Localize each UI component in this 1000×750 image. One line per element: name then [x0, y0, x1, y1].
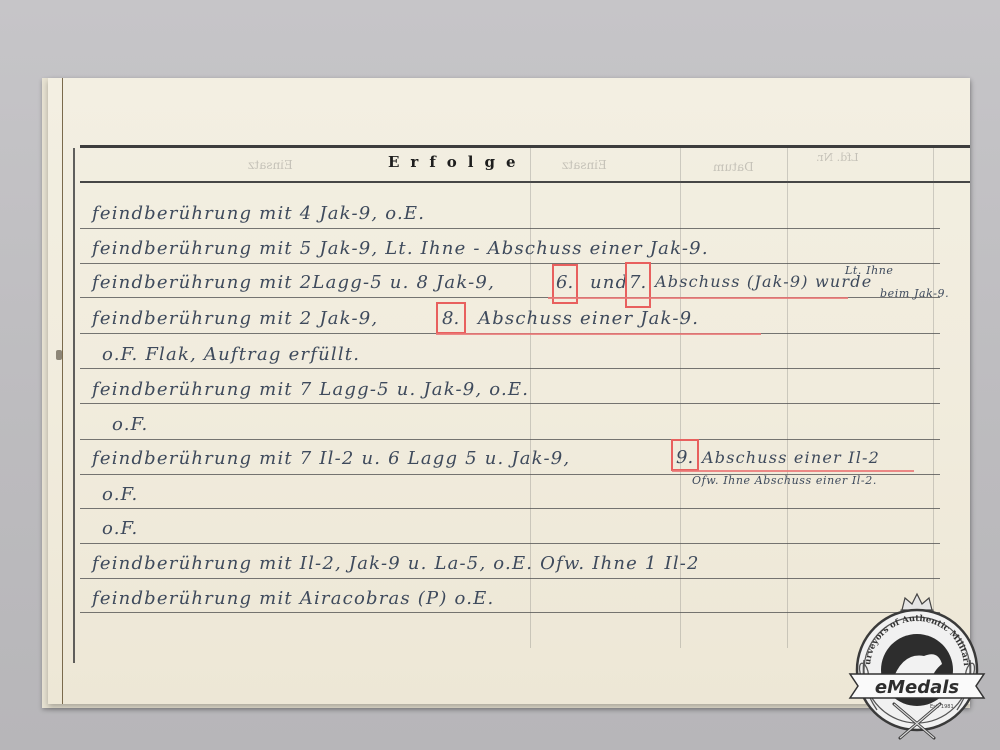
ruled-line [80, 368, 940, 369]
watermark-brand: eMedals [875, 677, 960, 698]
ruled-line [80, 612, 940, 613]
red-underline [672, 470, 914, 472]
log-entry-8-tail: Abschuss einer Il-2 [702, 448, 880, 467]
victory-number: 8. [442, 308, 459, 329]
column-divider [933, 148, 934, 648]
log-entry-8-annotation: Ofw. Ihne Abschuss einer Il-2. [692, 474, 877, 487]
emedals-watermark-logo: Purveyors of Authentic Militaria eMedals… [842, 590, 992, 745]
log-entry-12: feindberührung mit Airacobras (P) o.E. [92, 588, 494, 609]
log-entry-3-tail: Abschuss (Jak-9) wurde [655, 272, 872, 291]
ruled-line [80, 439, 940, 440]
victory-number: 7. [629, 272, 646, 293]
ruled-line [80, 228, 940, 229]
ruled-line [80, 578, 940, 579]
log-entry-9: o.F. [102, 484, 138, 505]
ruled-line [80, 543, 940, 544]
bleed-through-column-label: Datum [713, 160, 754, 174]
red-underline [436, 333, 761, 335]
page-title: Erfolge [388, 153, 527, 171]
header-rule-bottom [80, 181, 970, 183]
log-entry-10: o.F. [102, 518, 138, 539]
victory-number: 9. [676, 447, 693, 468]
log-entry-3-connector: und [590, 272, 628, 293]
ruled-line [80, 263, 940, 264]
log-entry-5: o.F. Flak, Auftrag erfüllt. [102, 344, 360, 365]
ruled-line [80, 403, 940, 404]
log-entry-7: o.F. [112, 414, 148, 435]
log-entry-1: feindberührung mit 4 Jak-9, o.E. [92, 203, 425, 224]
photo-stage: Erfolge Einsatz Einsatz Datum Lfd. Nr. f… [0, 0, 1000, 750]
log-entry-11: feindberührung mit Il-2, Jak-9 u. La-5, … [92, 553, 700, 574]
log-entry-3-annotation: Lt. Ihne [845, 264, 894, 277]
log-entry-8: feindberührung mit 7 Il-2 u. 6 Lagg 5 u.… [92, 448, 570, 469]
staple [56, 350, 62, 360]
log-entry-3-annotation: beim Jak-9. [880, 287, 949, 300]
red-underline [548, 297, 848, 299]
victory-number: 6. [556, 272, 573, 293]
ruled-line [80, 508, 940, 509]
bleed-through-column-label: Einsatz [248, 158, 293, 172]
binding-fold [62, 78, 63, 704]
left-margin-rule [73, 148, 75, 663]
log-entry-3: feindberührung mit 2Lagg-5 u. 8 Jak-9, [92, 272, 495, 293]
log-entry-4: feindberührung mit 2 Jak-9, [92, 308, 378, 329]
header-rule-top [80, 145, 970, 148]
log-entry-4-tail: Abschuss einer Jak-9. [478, 308, 699, 329]
log-entry-6: feindberührung mit 7 Lagg-5 u. Jak-9, o.… [92, 379, 529, 400]
bleed-through-column-label: Lfd. Nr. [816, 152, 859, 164]
bleed-through-column-label: Einsatz [562, 158, 607, 172]
log-entry-2: feindberührung mit 5 Jak-9, Lt. Ihne - A… [92, 238, 709, 259]
column-divider [787, 148, 788, 648]
